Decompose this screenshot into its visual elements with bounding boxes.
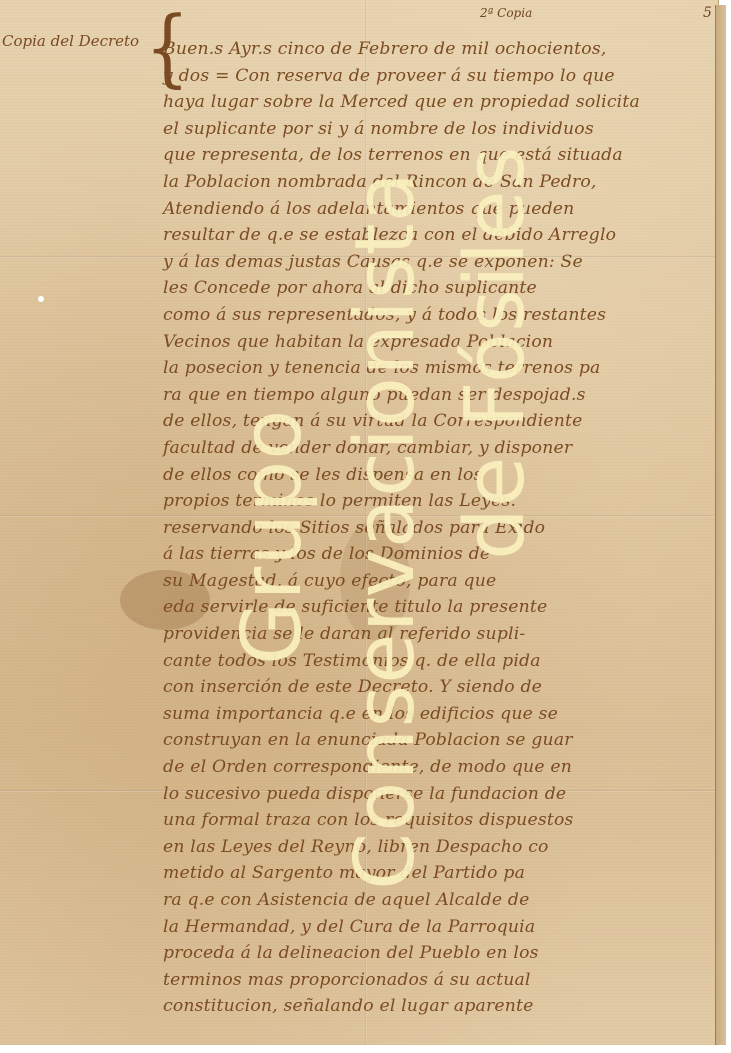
text-line: que representa, de los terrenos en que e…	[163, 142, 723, 169]
text-line: Vecinos que habitan la expresada Poblaci…	[163, 329, 723, 356]
text-line: y dos = Con reserva de proveer á su tiem…	[163, 63, 723, 90]
paper-hole	[38, 296, 44, 302]
text-line: suma importancia q.e en los edificios qu…	[163, 701, 723, 728]
text-line: ra q.e con Asistencia de aquel Alcalde d…	[163, 887, 723, 914]
text-line: el suplicante por si y á nombre de los i…	[163, 116, 723, 143]
watermark-line-1: Grupo	[225, 409, 320, 665]
text-line: Atendiendo á los adelantamientos que pue…	[163, 196, 723, 223]
text-line: Buen.s Ayr.s cinco de Febrero de mil och…	[163, 36, 723, 63]
text-line: como á sus representados, y á todos los …	[163, 302, 723, 329]
text-line: lo sucesivo pueda disponerse la fundacio…	[163, 781, 723, 808]
text-line: metido al Sargento mayor del Partido pa	[163, 860, 723, 887]
margin-note: Copia del Decreto	[2, 32, 139, 50]
text-line: y á las demas justas Causas q.e se expon…	[163, 249, 723, 276]
text-line: con inserción de este Decreto. Y siendo …	[163, 674, 723, 701]
text-line: en las Leyes del Reyno, libren Despacho …	[163, 834, 723, 861]
watermark-line-2: Conservacionista	[338, 171, 433, 890]
text-line: terminos mas proporcionados á su actual	[163, 967, 723, 994]
watermark-line-3: de Fósiles	[448, 146, 543, 560]
page-number: 5	[703, 5, 712, 21]
text-line: proceda á la delineacion del Pueblo en l…	[163, 940, 723, 967]
text-line: resultar de q.e se establezca con el deb…	[163, 222, 723, 249]
text-line: una formal traza con los requisitos disp…	[163, 807, 723, 834]
copy-note: 2ª Copia	[480, 6, 532, 20]
text-line: haya lugar sobre la Merced que en propie…	[163, 89, 723, 116]
text-line: la Hermandad, y del Cura de la Parroquia	[163, 914, 723, 941]
text-line: les Concede por ahora al dicho suplicant…	[163, 275, 723, 302]
text-line: de el Orden correspondiente, de modo que…	[163, 754, 723, 781]
text-line: constitucion, señalando el lugar aparent…	[163, 993, 723, 1020]
text-line: la Poblacion nombrada del Rincon de San …	[163, 169, 723, 196]
text-line: la posecion y tenencia de los mismos ter…	[163, 355, 723, 382]
text-line: ra que en tiempo alguno puedan ser despo…	[163, 382, 723, 409]
text-line: construyan en la enunciada Poblacion se …	[163, 727, 723, 754]
